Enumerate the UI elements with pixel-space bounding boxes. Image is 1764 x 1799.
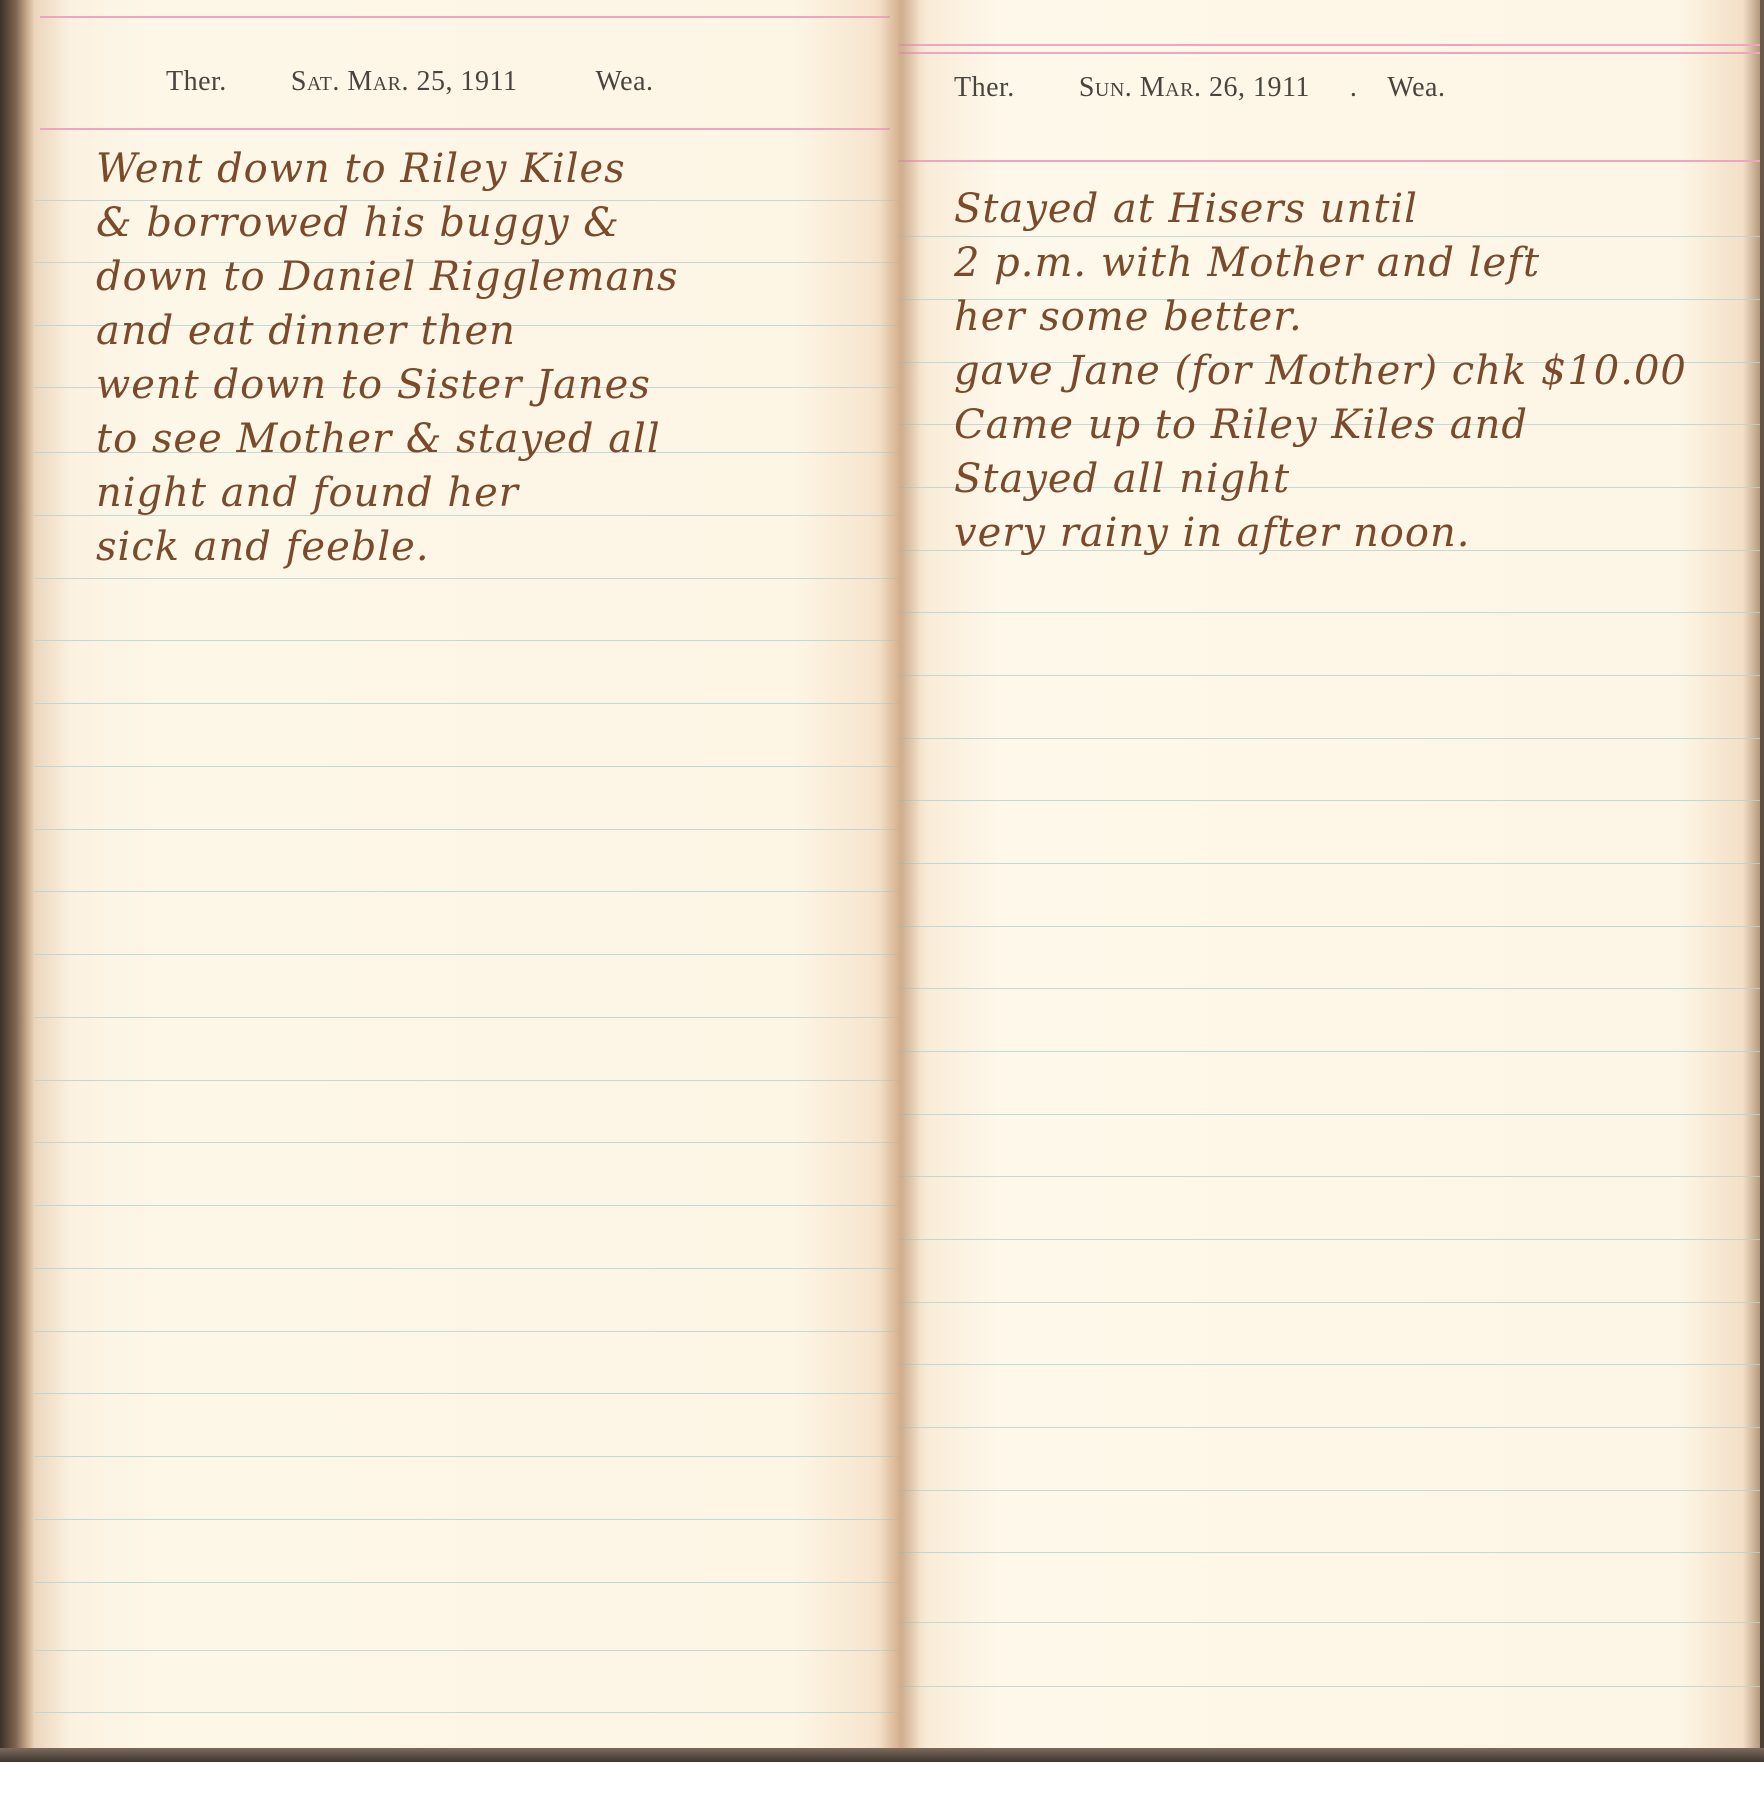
weather-label: Wea. <box>1387 72 1445 104</box>
entry-line: to see Mother & stayed all <box>96 412 876 466</box>
ruled-line <box>30 1519 898 1520</box>
entry-date: Sat. Mar. 25, 1911 <box>291 66 518 98</box>
entry-line: night and found her <box>96 466 876 520</box>
top-header-rule <box>40 16 890 18</box>
right-page: Ther. Sun. Mar. 26, 1911 . Wea. Stayed a… <box>898 0 1760 1748</box>
left-page-header: Ther. Sat. Mar. 25, 1911 Wea. <box>166 66 654 106</box>
entry-line: sick and feeble. <box>96 520 876 574</box>
ruled-line <box>898 1176 1760 1177</box>
ruled-line <box>30 829 898 830</box>
ruled-line <box>30 1205 898 1206</box>
ruled-line <box>30 1080 898 1081</box>
ruled-line <box>898 675 1760 676</box>
ruled-line <box>898 1364 1760 1365</box>
ruled-line <box>30 954 898 955</box>
ruled-line <box>30 578 898 579</box>
ruled-line <box>898 1427 1760 1428</box>
header-dot: . <box>1350 72 1358 104</box>
ruled-line <box>898 1239 1760 1240</box>
ruled-line <box>30 1393 898 1394</box>
entry-line: went down to Sister Janes <box>96 358 876 412</box>
ruled-line <box>30 1331 898 1332</box>
ruled-line <box>30 1456 898 1457</box>
ruled-line <box>30 1268 898 1269</box>
ruled-line <box>30 766 898 767</box>
ruled-line <box>898 988 1760 989</box>
ruled-line <box>898 926 1760 927</box>
ruled-line <box>898 1622 1760 1623</box>
left-page: Ther. Sat. Mar. 25, 1911 Wea. Went down … <box>30 0 898 1752</box>
entry-line: 2 p.m. with Mother and left <box>954 236 1744 290</box>
ruled-line <box>898 1051 1760 1052</box>
thermometer-label: Ther. <box>166 66 227 98</box>
ruled-line <box>898 1114 1760 1115</box>
ruled-line <box>898 863 1760 864</box>
book-bottom-edge <box>0 1748 1764 1762</box>
entry-line: Came up to Riley Kiles and <box>954 398 1744 452</box>
entry-line: and eat dinner then <box>96 304 876 358</box>
ruled-line <box>30 1650 898 1651</box>
ruled-line <box>30 703 898 704</box>
entry-line: & borrowed his buggy & <box>96 196 876 250</box>
ruled-line <box>30 1017 898 1018</box>
weather-label: Wea. <box>595 66 653 98</box>
diary-spread: Ther. Sat. Mar. 25, 1911 Wea. Went down … <box>0 0 1764 1760</box>
entry-line: gave Jane (for Mother) chk $10.00 <box>954 344 1744 398</box>
ruled-line <box>30 1582 898 1583</box>
diary-entry-mar-25: Went down to Riley Kiles & borrowed his … <box>96 142 876 574</box>
header-rule <box>898 160 1760 162</box>
ruled-line <box>898 1490 1760 1491</box>
book-cover-edge <box>0 0 34 1760</box>
entry-line: her some better. <box>954 290 1744 344</box>
entry-line: Stayed at Hisers until <box>954 182 1744 236</box>
top-header-rule <box>898 52 1760 54</box>
right-page-header: Ther. Sun. Mar. 26, 1911 . Wea. <box>954 72 1445 112</box>
header-rule <box>40 128 890 130</box>
ruled-line <box>30 1712 898 1713</box>
ruled-line <box>30 1142 898 1143</box>
entry-line: down to Daniel Rigglemans <box>96 250 876 304</box>
ruled-line <box>30 640 898 641</box>
ruled-line <box>898 612 1760 613</box>
entry-line: Went down to Riley Kiles <box>96 142 876 196</box>
entry-line: Stayed all night <box>954 452 1744 506</box>
ruled-line <box>898 1686 1760 1687</box>
top-header-rule <box>898 44 1760 46</box>
entry-date: Sun. Mar. 26, 1911 <box>1079 72 1310 104</box>
ruled-line <box>30 891 898 892</box>
ruled-line <box>898 1302 1760 1303</box>
entry-line: very rainy in after noon. <box>954 506 1744 560</box>
thermometer-label: Ther. <box>954 72 1015 104</box>
ruled-line <box>898 1552 1760 1553</box>
ruled-line <box>898 800 1760 801</box>
diary-entry-mar-26: Stayed at Hisers until 2 p.m. with Mothe… <box>954 182 1744 560</box>
ruled-line <box>898 738 1760 739</box>
